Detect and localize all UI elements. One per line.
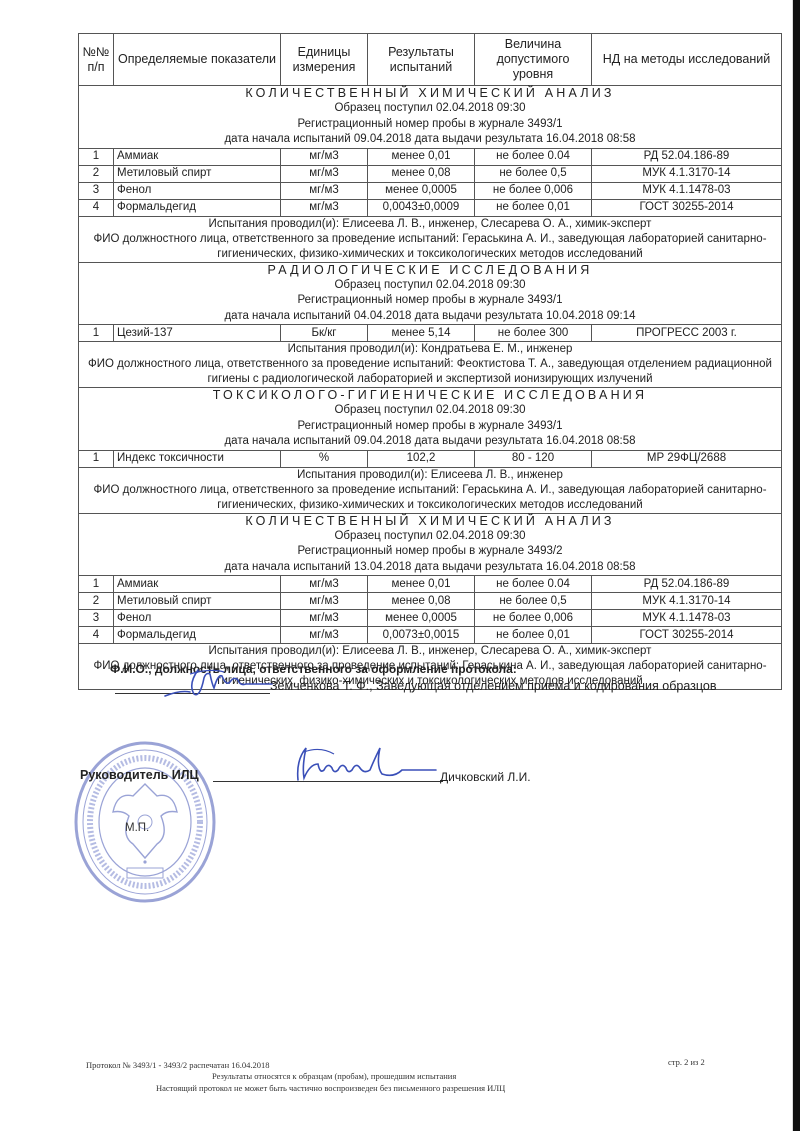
protocol-responsible-name: Земченкова Т. Ф., Заведующая отделением … <box>270 679 717 693</box>
section-header-row: КОЛИЧЕСТВЕННЫЙ ХИМИЧЕСКИЙ АНАЛИЗОбразец … <box>79 86 782 149</box>
row-unit: мг/м3 <box>281 610 368 627</box>
head-name: Дичковский Л.И. <box>440 770 531 784</box>
row-result: 0,0073±0,0015 <box>368 627 475 644</box>
section-header-row: РАДИОЛОГИЧЕСКИЕ ИССЛЕДОВАНИЯОбразец пост… <box>79 262 782 325</box>
section-header-row: КОЛИЧЕСТВЕННЫЙ ХИМИЧЕСКИЙ АНАЛИЗОбразец … <box>79 513 782 576</box>
row-num: 1 <box>79 148 114 165</box>
row-method: РД 52.04.186-89 <box>592 148 782 165</box>
row-method: РД 52.04.186-89 <box>592 576 782 593</box>
row-unit: мг/м3 <box>281 576 368 593</box>
row-method: МУК 4.1.1478-03 <box>592 182 782 199</box>
results-table: №№ п/п Определяемые показатели Единицы и… <box>78 33 782 690</box>
table-row: 3Фенолмг/м3менее 0,0005не более 0,006МУК… <box>79 610 782 627</box>
head-label: Руководитель ИЛЦ <box>80 768 199 782</box>
header-result: Результаты испытаний <box>368 34 475 86</box>
test-dates: дата начала испытаний 09.04.2018 дата вы… <box>82 132 778 148</box>
row-indicator: Формальдегид <box>114 199 281 216</box>
row-limit: не более 0,01 <box>475 627 592 644</box>
row-num: 2 <box>79 593 114 610</box>
test-dates: дата начала испытаний 04.04.2018 дата вы… <box>82 309 778 325</box>
table-row: 2Метиловый спиртмг/м3менее 0,08не более … <box>79 593 782 610</box>
row-unit: Бк/кг <box>281 325 368 342</box>
row-limit: не более 0.04 <box>475 576 592 593</box>
section-header-row: ТОКСИКОЛОГО-ГИГИЕНИЧЕСКИЕ ИССЛЕДОВАНИЯОб… <box>79 388 782 451</box>
table-row: 1Аммиакмг/м3менее 0,01не более 0.04РД 52… <box>79 148 782 165</box>
section-footer: Испытания проводил(и): Елисеева Л. В., и… <box>79 467 782 513</box>
row-limit: 80 - 120 <box>475 450 592 467</box>
table-row: 3Фенолмг/м3менее 0,0005не более 0,006МУК… <box>79 182 782 199</box>
signature-icon <box>290 740 440 785</box>
row-result: менее 0,08 <box>368 593 475 610</box>
registration-number: Регистрационный номер пробы в журнале 34… <box>82 419 778 435</box>
table-row: 1Аммиакмг/м3менее 0,01не более 0.04РД 52… <box>79 576 782 593</box>
table-row: 1Индекс токсичности%102,280 - 120МР 29ФЦ… <box>79 450 782 467</box>
section-title: КОЛИЧЕСТВЕННЫЙ ХИМИЧЕСКИЙ АНАЛИЗ <box>82 86 778 101</box>
table-header-row: №№ п/п Определяемые показатели Единицы и… <box>79 34 782 86</box>
row-unit: мг/м3 <box>281 148 368 165</box>
section-header: КОЛИЧЕСТВЕННЫЙ ХИМИЧЕСКИЙ АНАЛИЗОбразец … <box>79 513 782 576</box>
scan-edge <box>793 0 800 1131</box>
row-indicator: Формальдегид <box>114 627 281 644</box>
table-row: 4Формальдегидмг/м30,0043±0,0009не более … <box>79 199 782 216</box>
performed-by: Испытания проводил(и): Елисеева Л. В., и… <box>82 644 778 659</box>
table-row: 1Цезий-137Бк/кгменее 5,14не более 300ПРО… <box>79 325 782 342</box>
row-indicator: Цезий-137 <box>114 325 281 342</box>
row-method: МУК 4.1.3170-14 <box>592 165 782 182</box>
section-header: ТОКСИКОЛОГО-ГИГИЕНИЧЕСКИЕ ИССЛЕДОВАНИЯОб… <box>79 388 782 451</box>
row-method: МР 29ФЦ/2688 <box>592 450 782 467</box>
section-header: КОЛИЧЕСТВЕННЫЙ ХИМИЧЕСКИЙ АНАЛИЗОбразец … <box>79 86 782 149</box>
row-limit: не более 0,5 <box>475 165 592 182</box>
row-limit: не более 0,01 <box>475 199 592 216</box>
header-limit: Величина допустимого уровня <box>475 34 592 86</box>
section-header: РАДИОЛОГИЧЕСКИЕ ИССЛЕДОВАНИЯОбразец пост… <box>79 262 782 325</box>
test-dates: дата начала испытаний 09.04.2018 дата вы… <box>82 434 778 450</box>
header-unit: Единицы измерения <box>281 34 368 86</box>
row-method: МУК 4.1.3170-14 <box>592 593 782 610</box>
sample-received: Образец поступил 02.04.2018 09:30 <box>82 529 778 545</box>
row-result: 102,2 <box>368 450 475 467</box>
row-indicator: Аммиак <box>114 148 281 165</box>
row-result: менее 0,0005 <box>368 182 475 199</box>
row-method: ГОСТ 30255-2014 <box>592 627 782 644</box>
row-unit: мг/м3 <box>281 593 368 610</box>
header-indicator: Определяемые показатели <box>114 34 281 86</box>
section-footer-row: Испытания проводил(и): Кондратьева Е. М.… <box>79 342 782 388</box>
row-indicator: Метиловый спирт <box>114 593 281 610</box>
section-title: КОЛИЧЕСТВЕННЫЙ ХИМИЧЕСКИЙ АНАЛИЗ <box>82 514 778 529</box>
row-limit: не более 300 <box>475 325 592 342</box>
row-unit: мг/м3 <box>281 182 368 199</box>
footer-results-note: Результаты относятся к образцам (пробам)… <box>212 1071 456 1081</box>
section-title: ТОКСИКОЛОГО-ГИГИЕНИЧЕСКИЕ ИССЛЕДОВАНИЯ <box>82 388 778 403</box>
row-unit: мг/м3 <box>281 165 368 182</box>
row-indicator: Аммиак <box>114 576 281 593</box>
row-num: 4 <box>79 199 114 216</box>
table-row: 2Метиловый спиртмг/м3менее 0,08не более … <box>79 165 782 182</box>
row-result: 0,0043±0,0009 <box>368 199 475 216</box>
row-result: менее 0,08 <box>368 165 475 182</box>
row-unit: % <box>281 450 368 467</box>
test-dates: дата начала испытаний 13.04.2018 дата вы… <box>82 560 778 576</box>
stamp-place-label: М.П. <box>125 822 149 834</box>
responsible-person: ФИО должностного лица, ответственного за… <box>82 232 778 262</box>
row-num: 3 <box>79 182 114 199</box>
table-body: КОЛИЧЕСТВЕННЫЙ ХИМИЧЕСКИЙ АНАЛИЗОбразец … <box>79 86 782 690</box>
table-row: 4Формальдегидмг/м30,0073±0,0015не более … <box>79 627 782 644</box>
row-indicator: Метиловый спирт <box>114 165 281 182</box>
row-indicator: Фенол <box>114 182 281 199</box>
row-num: 1 <box>79 325 114 342</box>
section-title: РАДИОЛОГИЧЕСКИЕ ИССЛЕДОВАНИЯ <box>82 263 778 278</box>
performed-by: Испытания проводил(и): Кондратьева Е. М.… <box>82 342 778 357</box>
registration-number: Регистрационный номер пробы в журнале 34… <box>82 293 778 309</box>
row-method: ПРОГРЕСС 2003 г. <box>592 325 782 342</box>
page-number: стр. 2 из 2 <box>668 1057 705 1067</box>
row-num: 1 <box>79 576 114 593</box>
section-footer: Испытания проводил(и): Кондратьева Е. М.… <box>79 342 782 388</box>
section-footer-row: Испытания проводил(и): Елисеева Л. В., и… <box>79 467 782 513</box>
sample-received: Образец поступил 02.04.2018 09:30 <box>82 278 778 294</box>
header-num: №№ п/п <box>79 34 114 86</box>
row-method: ГОСТ 30255-2014 <box>592 199 782 216</box>
row-limit: не более 0.04 <box>475 148 592 165</box>
row-indicator: Фенол <box>114 610 281 627</box>
footer-reproduction-note: Настоящий протокол не может быть частичн… <box>156 1083 505 1093</box>
row-limit: не более 0,006 <box>475 182 592 199</box>
sample-received: Образец поступил 02.04.2018 09:30 <box>82 101 778 117</box>
sample-received: Образец поступил 02.04.2018 09:30 <box>82 403 778 419</box>
row-num: 2 <box>79 165 114 182</box>
performed-by: Испытания проводил(и): Елисеева Л. В., и… <box>82 468 778 483</box>
header-method: НД на методы исследований <box>592 34 782 86</box>
row-result: менее 0,01 <box>368 576 475 593</box>
performed-by: Испытания проводил(и): Елисеева Л. В., и… <box>82 217 778 232</box>
row-indicator: Индекс токсичности <box>114 450 281 467</box>
row-limit: не более 0,5 <box>475 593 592 610</box>
row-result: менее 0,0005 <box>368 610 475 627</box>
signature-icon <box>160 664 275 700</box>
row-unit: мг/м3 <box>281 627 368 644</box>
responsible-person: ФИО должностного лица, ответственного за… <box>82 483 778 513</box>
row-method: МУК 4.1.1478-03 <box>592 610 782 627</box>
registration-number: Регистрационный номер пробы в журнале 34… <box>82 117 778 133</box>
row-num: 3 <box>79 610 114 627</box>
section-footer: Испытания проводил(и): Елисеева Л. В., и… <box>79 216 782 262</box>
row-limit: не более 0,006 <box>475 610 592 627</box>
footer-protocol-line: Протокол № 3493/1 - 3493/2 распечатан 16… <box>86 1060 270 1070</box>
row-result: менее 5,14 <box>368 325 475 342</box>
responsible-person: ФИО должностного лица, ответственного за… <box>82 357 778 387</box>
scan-edge-shadow <box>792 0 793 1131</box>
registration-number: Регистрационный номер пробы в журнале 34… <box>82 544 778 560</box>
row-num: 4 <box>79 627 114 644</box>
section-footer-row: Испытания проводил(и): Елисеева Л. В., и… <box>79 216 782 262</box>
row-unit: мг/м3 <box>281 199 368 216</box>
row-result: менее 0,01 <box>368 148 475 165</box>
row-num: 1 <box>79 450 114 467</box>
